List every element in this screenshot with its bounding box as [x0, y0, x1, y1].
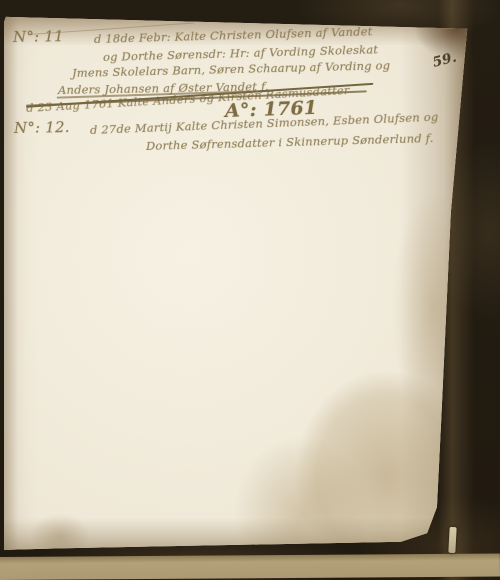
entry-11-number: N°: 11: [13, 27, 64, 46]
photograph-background: N°: 11 d 18de Febr: Kalte Christen Olufs…: [0, 0, 500, 580]
book-board-edge: [0, 554, 500, 580]
entry-12-number: N°: 12.: [14, 118, 70, 137]
manuscript-page: N°: 11 d 18de Febr: Kalte Christen Olufs…: [4, 12, 470, 552]
folio-number: 59.: [431, 49, 458, 70]
binding-ribbon-mark: [448, 527, 456, 553]
entry-12-line-2: Dorthe Søfrensdatter i Skinnerup Sønderl…: [146, 131, 434, 153]
